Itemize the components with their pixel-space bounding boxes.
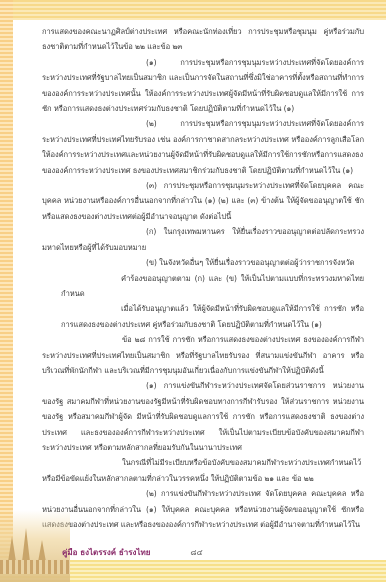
paragraph-after-approval: เมื่อได้รับอนุญาตแล้ว ให้ผู้จัดมีหน้าที่… [42,301,364,332]
footer-book-title: คู่มือ ธงไตรรงค์ ธำรงไทย [62,546,150,559]
palace-spire-icon [38,540,46,562]
paragraph-sub-b: (ข) ในจังหวัดอื่นๆ ให้ยื่นเรื่องราวขออนุ… [42,255,364,270]
palace-spire-icon [8,536,16,562]
paragraph-article-28: ข้อ ๒๘ การใช้ การชัก หรือการแสดงธงของต่า… [42,332,364,378]
paragraph-sub-a: (ก) ในกรุงเทพมหานคร ให้ยื่นเรื่องราวขออน… [42,224,364,255]
paragraph-continuation: การแสดงของคณะนาฏศิลป์ต่างประเทศ หรือคณะน… [42,24,364,55]
document-body: การแสดงของคณะนาฏศิลป์ต่างประเทศ หรือคณะน… [42,24,364,532]
document-page: การแสดงของคณะนาฏศิลป์ต่างประเทศ หรือคณะน… [13,20,386,560]
palace-base [0,560,70,574]
palace-spire-icon [22,528,30,562]
palace-illustration [0,510,70,582]
paragraph-item-3: (๓) การประชุมหรือการชุมนุมระหว่างประเทศท… [42,178,364,224]
page-number: ๘๔ [190,546,202,559]
left-decorative-band [0,0,13,582]
paragraph-item-2: (๒) การประชุมหรือการชุมนุมระหว่างประเทศท… [42,116,364,178]
paragraph-request-form: คำร้องขออนุญาตตาม (ก) และ (ข) ให้เป็นไปต… [42,271,364,302]
paragraph-sport-item-1: (๑) การแข่งขันกีฬาระหว่างประเทศจัดโดยส่ว… [42,378,364,455]
paragraph-sport-exception: ในกรณีที่ไม่มีระเบียบหรือข้อบังคับของสมา… [42,455,364,486]
top-decorative-band [0,0,386,20]
page-footer: คู่มือ ธงไตรรงค์ ธำรงไทย ๘๔ [62,546,203,559]
paragraph-item-1: (๑) การประชุมหรือการชุมนุมระหว่างประเทศท… [42,55,364,117]
paragraph-sport-item-2: (๒) การแข่งขันกีฬาระหว่างประเทศ จัดโดยบุ… [42,486,364,532]
